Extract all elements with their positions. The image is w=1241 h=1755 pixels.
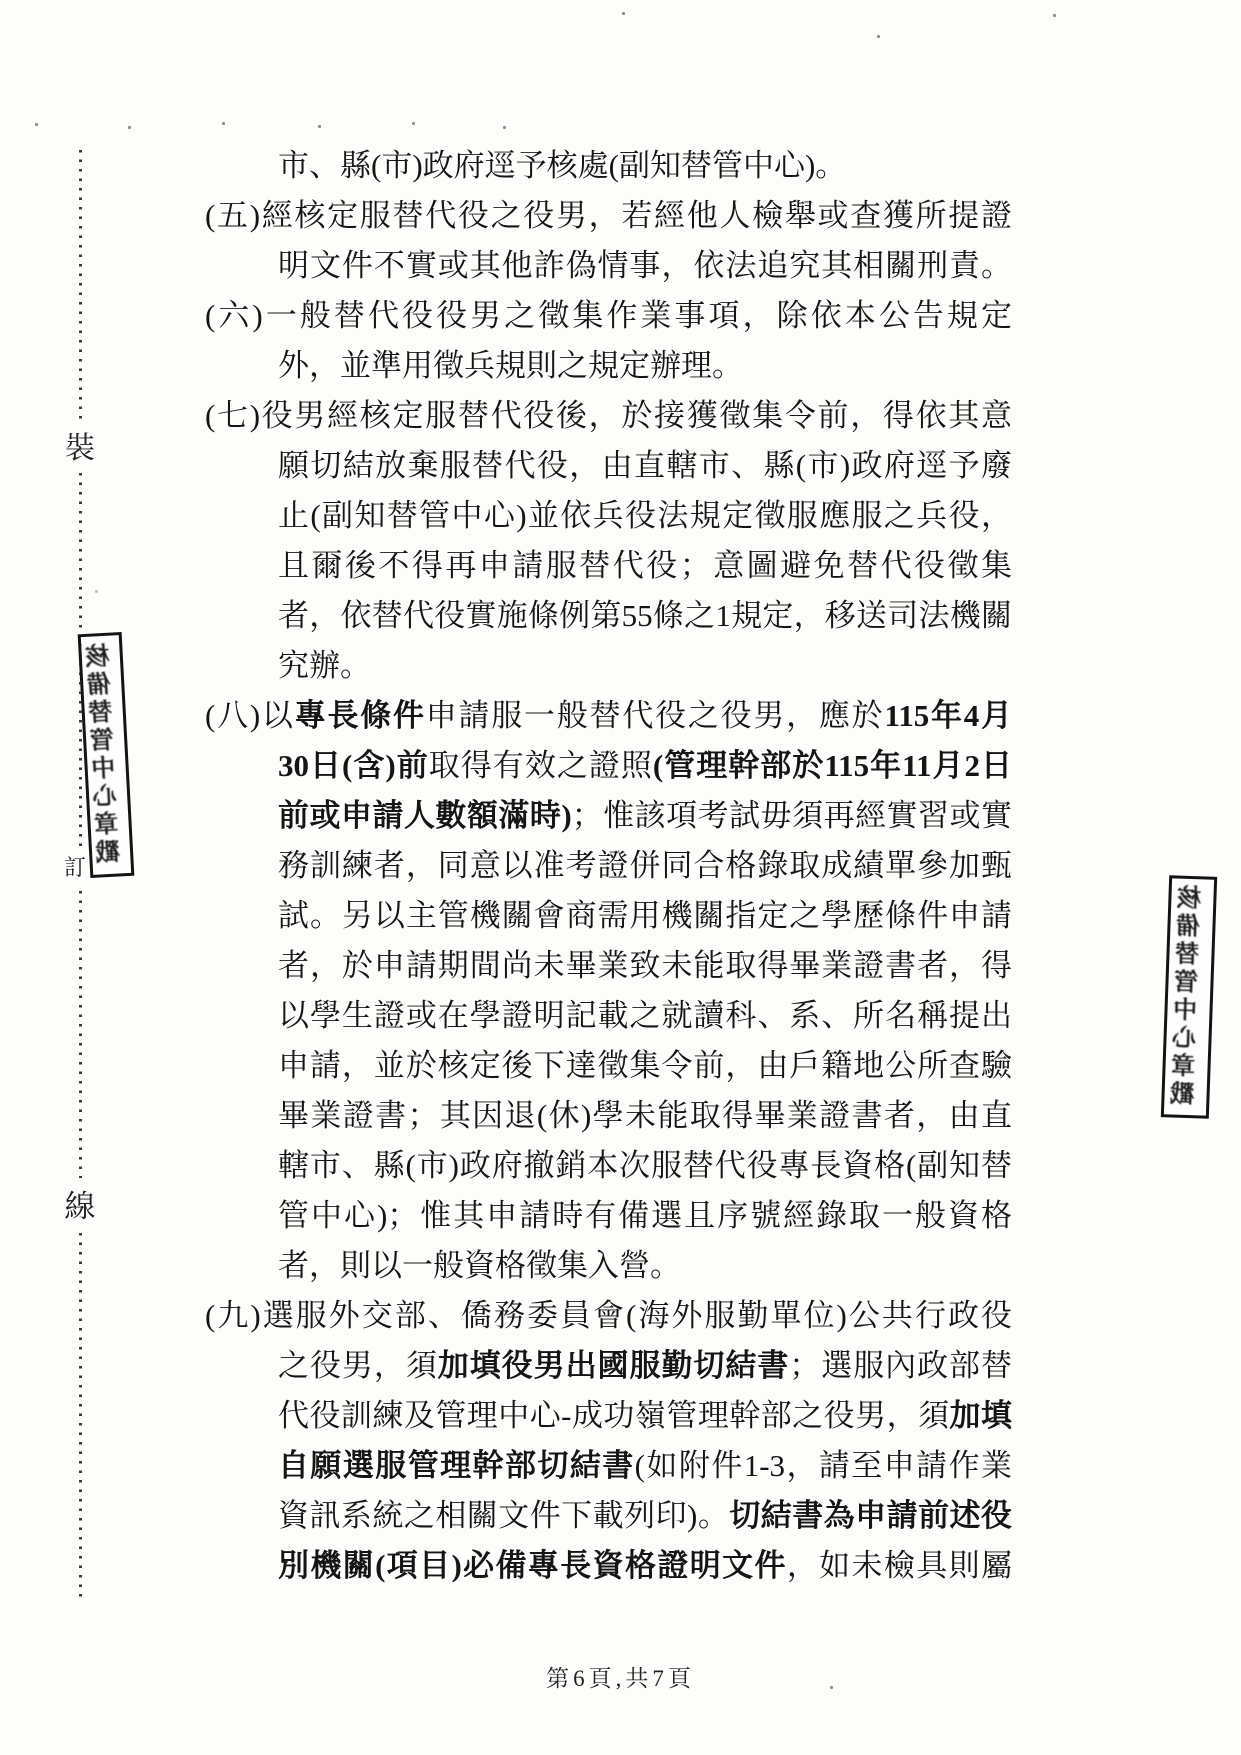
text-segment: 取得有效之證照 [429, 748, 653, 783]
text-segment: 以學生證或在學證明記載之就讀科、系、所名稱提出 [278, 998, 1012, 1033]
scan-speck [1053, 14, 1056, 17]
mirrored-seal-imprint-right: 核備替管中心章戳 [1161, 875, 1217, 1119]
page-number-footer: 第6頁,共7頁 [0, 1660, 1241, 1693]
bold-text-segment: 別機關(項目)必備專長資格證明文件 [278, 1548, 787, 1583]
text-line: 申請，並於核定後下達徵集令前，由戶籍地公所查驗 [278, 1041, 1012, 1091]
text-line: 者，於申請期間尚未畢業致未能取得畢業證書者，得 [278, 941, 1012, 991]
scan-speck [503, 126, 506, 129]
text-segment: ，如未檢具則屬 [787, 1548, 1012, 1583]
text-segment: ；惟該項考試毋須再經實習或實 [572, 798, 1012, 833]
text-segment: 試。另以主管機關會商需用機關指定之學歷條件申請 [278, 898, 1012, 933]
text-segment: 市、縣(市)政府逕予核處(副知替管中心)。 [278, 148, 846, 183]
text-line: 管中心)；惟其申請時有備選且序號經錄取一般資格 [278, 1191, 1012, 1241]
text-segment: (九)選服外交部、僑務委員會(海外服勤單位)公共行政役 [205, 1298, 1012, 1333]
text-line: 自願選服管理幹部切結書(如附件1-3，請至申請作業 [278, 1441, 1012, 1491]
text-segment: 究辦。 [278, 648, 371, 683]
text-segment: 之役男，須 [278, 1348, 438, 1383]
scan-speck [412, 122, 415, 125]
text-segment: 者，於申請期間尚未畢業致未能取得畢業證書者，得 [278, 948, 1012, 983]
seal-glyphs: 核備替管中心章戳 [1173, 885, 1205, 1110]
binding-label-xian: 線 [62, 1178, 98, 1229]
text-segment: 資訊系統之相關文件下載列印)。 [278, 1498, 729, 1533]
text-line: 且爾後不得再申請服替代役；意圖避免替代役徵集 [278, 541, 1012, 591]
text-line: (六)一般替代役役男之徵集作業事項，除依本公告規定 [205, 291, 1012, 341]
text-line: 30日(含)前取得有效之證照(管理幹部於115年11月2日 [278, 741, 1012, 791]
text-segment: 畢業證書；其因退(休)學未能取得畢業證書者，由直 [278, 1098, 1012, 1133]
text-line: 別機關(項目)必備專長資格證明文件，如未檢具則屬 [278, 1541, 1012, 1591]
text-segment: (五)經核定服替代役之役男，若經他人檢舉或查獲所提證 [205, 198, 1012, 233]
text-line: 止(副知替管中心)並依兵役法規定徵服應服之兵役， [278, 491, 1012, 541]
seal-glyphs: 核備替管中心章戳 [88, 643, 124, 868]
scan-speck [35, 123, 38, 126]
bold-text-segment: 加填役男出國服勤切結書 [438, 1348, 790, 1383]
text-line: (七)役男經核定服替代役後，於接獲徵集令前，得依其意 [205, 391, 1012, 441]
text-segment: ；選服內政部替 [789, 1348, 1012, 1383]
text-line: 轄市、縣(市)政府撤銷本次服替代役專長資格(副知替 [278, 1141, 1012, 1191]
bold-text-segment: 30日(含)前 [278, 748, 429, 783]
text-segment: (如附件1-3，請至申請作業 [635, 1448, 1012, 1483]
bold-text-segment: 切結書為申請前述役 [729, 1498, 1012, 1533]
text-segment: 者，則以一般資格徵集入營。 [278, 1248, 681, 1283]
text-segment: (六)一般替代役役男之徵集作業事項，除依本公告規定 [205, 298, 1012, 333]
text-line: 者，則以一般資格徵集入營。 [278, 1241, 1012, 1291]
scan-speck [222, 122, 225, 125]
text-block: 市、縣(市)政府逕予核處(副知替管中心)。(五)經核定服替代役之役男，若經他人檢… [205, 141, 1012, 1591]
text-segment: 管中心)；惟其申請時有備選且序號經錄取一般資格 [278, 1198, 1012, 1233]
text-segment: 且爾後不得再申請服替代役；意圖避免替代役徵集 [278, 548, 1012, 583]
text-segment: 外，並準用徵兵規則之規定辦理。 [278, 348, 743, 383]
text-segment: 代役訓練及管理中心-成功嶺管理幹部之役男，須 [278, 1398, 950, 1433]
text-segment: 申請，並於核定後下達徵集令前，由戶籍地公所查驗 [278, 1048, 1012, 1083]
text-segment: 明文件不實或其他詐偽情事，依法追究其相關刑責。 [278, 248, 1012, 283]
text-line: (九)選服外交部、僑務委員會(海外服勤單位)公共行政役 [205, 1291, 1012, 1341]
text-segment: (八)以 [205, 698, 295, 733]
text-line: 務訓練者，同意以准考證併同合格錄取成績單參加甄 [278, 841, 1012, 891]
text-line: 代役訓練及管理中心-成功嶺管理幹部之役男，須加填 [278, 1391, 1012, 1441]
text-segment: 申請服一般替代役之役男，應於 [426, 698, 885, 733]
scan-speck [128, 126, 131, 129]
scan-speck [622, 12, 625, 15]
text-line: (八)以專長條件申請服一般替代役之役男，應於115年4月 [205, 691, 1012, 741]
scanned-document-page: 裝 訂 線 核備替管中心章戳 核備替管中心章戳 市、縣(市)政府逕予核處(副知替… [0, 0, 1241, 1755]
bold-text-segment: 加填 [950, 1398, 1012, 1433]
binding-label-ding: 訂 [62, 849, 88, 884]
bold-text-segment: (管理幹部於115年11月2日 [653, 748, 1012, 783]
text-line: 前或申請人數額滿時)；惟該項考試毋須再經實習或實 [278, 791, 1012, 841]
text-line: 資訊系統之相關文件下載列印)。切結書為申請前述役 [278, 1491, 1012, 1541]
scan-speck [877, 35, 880, 38]
bold-text-segment: 前或申請人數額滿時) [278, 798, 572, 833]
text-segment: 者，依替代役實施條例第55條之1規定，移送司法機關 [278, 598, 1012, 633]
bold-text-segment: 自願選服管理幹部切結書 [278, 1448, 635, 1483]
text-line: 畢業證書；其因退(休)學未能取得畢業證書者，由直 [278, 1091, 1012, 1141]
text-segment: 務訓練者，同意以准考證併同合格錄取成績單參加甄 [278, 848, 1012, 883]
text-line: 明文件不實或其他詐偽情事，依法追究其相關刑責。 [278, 241, 1012, 291]
text-line: 者，依替代役實施條例第55條之1規定，移送司法機關 [278, 591, 1012, 641]
binding-label-zhuang: 裝 [63, 420, 97, 470]
bold-text-segment: 專長條件 [295, 698, 426, 733]
text-line: 市、縣(市)政府逕予核處(副知替管中心)。 [278, 141, 1012, 191]
text-line: 外，並準用徵兵規則之規定辦理。 [278, 341, 1012, 391]
text-line: 試。另以主管機關會商需用機關指定之學歷條件申請 [278, 891, 1012, 941]
text-line: 願切結放棄服替代役，由直轄市、縣(市)政府逕予廢 [278, 441, 1012, 491]
scan-speck [830, 1686, 833, 1689]
text-segment: 轄市、縣(市)政府撤銷本次服替代役專長資格(副知替 [278, 1148, 1012, 1183]
mirrored-seal-imprint-left: 核備替管中心章戳 [78, 632, 135, 878]
bold-text-segment: 115年4月 [884, 698, 1012, 733]
text-segment: (七)役男經核定服替代役後，於接獲徵集令前，得依其意 [205, 398, 1012, 433]
text-line: 究辦。 [278, 641, 1012, 691]
scan-speck [95, 590, 98, 593]
text-line: (五)經核定服替代役之役男，若經他人檢舉或查獲所提證 [205, 191, 1012, 241]
text-segment: 願切結放棄服替代役，由直轄市、縣(市)政府逕予廢 [278, 448, 1012, 483]
text-line: 之役男，須加填役男出國服勤切結書；選服內政部替 [278, 1341, 1012, 1391]
text-line: 以學生證或在學證明記載之就讀科、系、所名稱提出 [278, 991, 1012, 1041]
text-segment: 止(副知替管中心)並依兵役法規定徵服應服之兵役， [278, 498, 1012, 533]
scan-speck [318, 125, 321, 128]
